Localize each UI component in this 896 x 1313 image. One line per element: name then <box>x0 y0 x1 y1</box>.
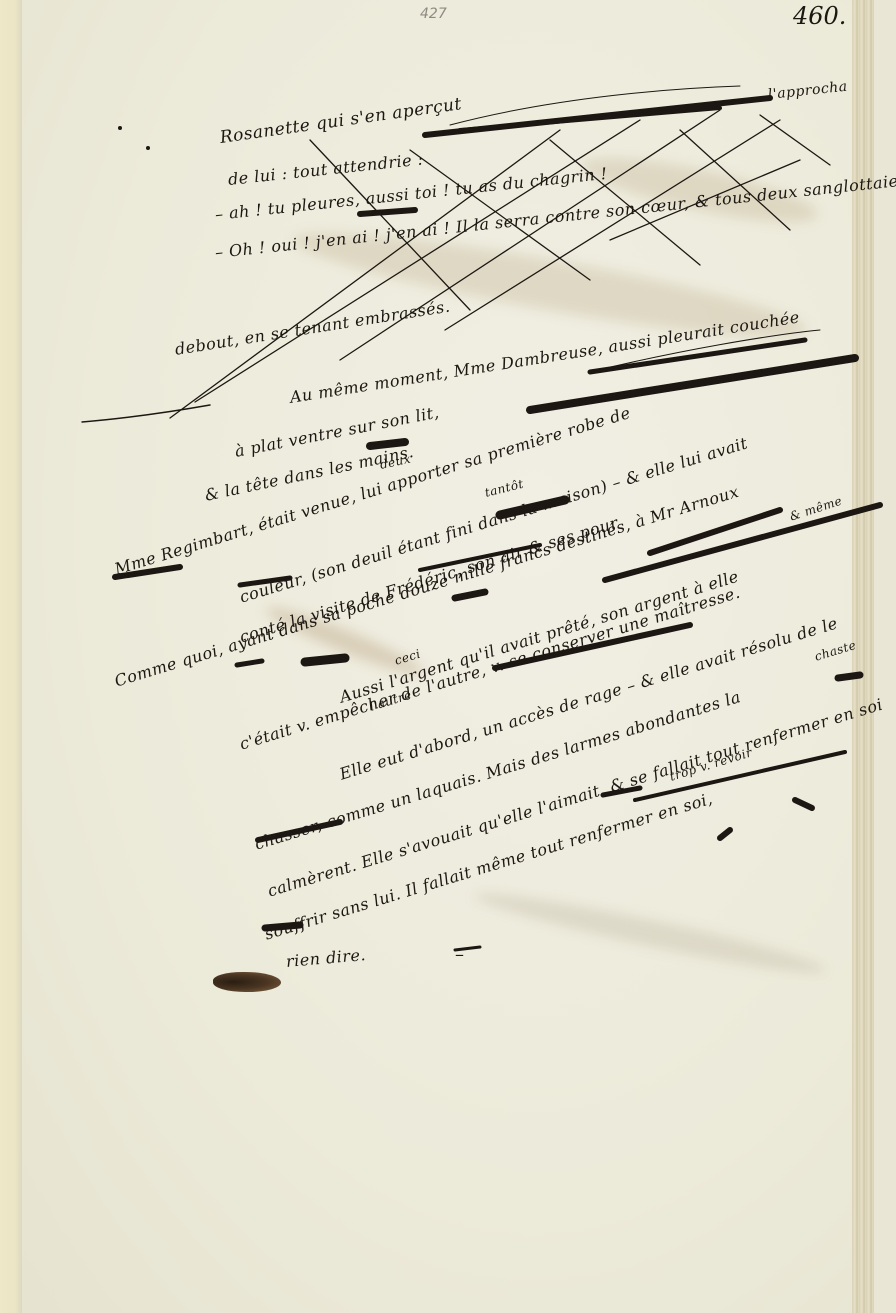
cancellation-marks <box>0 0 896 1313</box>
